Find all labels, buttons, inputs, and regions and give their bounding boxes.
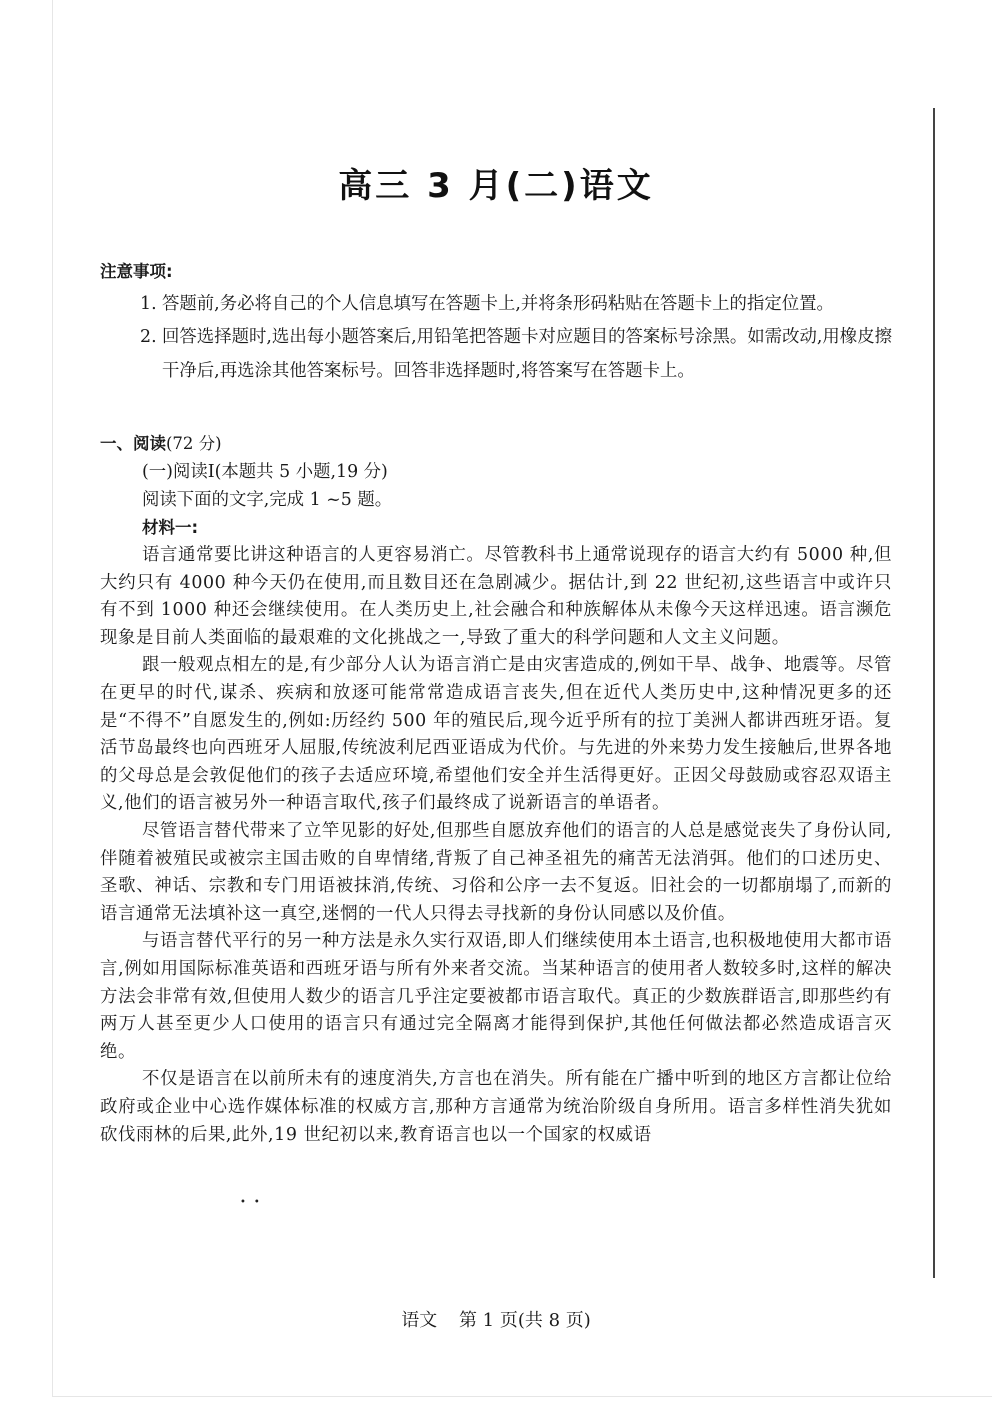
- paragraph: 跟一般观点相左的是,有少部分人认为语言消亡是由灾害造成的,例如干旱、战争、地震等…: [100, 652, 892, 818]
- section-score: (72 分): [166, 434, 222, 453]
- paragraph: 与语言替代平行的另一种方法是永久实行双语,即人们继续使用本土语言,也积极地使用大…: [100, 928, 892, 1066]
- paragraph: 不仅是语言在以前所未有的速度消失,方言也在消失。所有能在广播中听到的地区方言都让…: [100, 1066, 892, 1149]
- notice-item-number: 2.: [140, 321, 162, 388]
- document-body: 注意事项: 1. 答题前,务必将自己的个人信息填写在答题卡上,并将条形码粘贴在答…: [100, 258, 892, 1149]
- page-footer: 语文 第 1 页(共 8 页): [0, 1306, 992, 1332]
- notice-item: 2. 回答选择题时,选出每小题答案后,用铅笔把答题卡对应题目的答案标号涂黑。如需…: [100, 321, 892, 388]
- notice-item-text: 答题前,务必将自己的个人信息填写在答题卡上,并将条形码粘贴在答题卡上的指定位置。: [162, 288, 892, 322]
- material-label: 材料一:: [100, 514, 892, 542]
- paragraph: 尽管语言替代带来了立竿见影的好处,但那些自愿放弃他们的语言的人总是感觉丧失了身份…: [100, 818, 892, 928]
- notice-heading: 注意事项:: [100, 258, 892, 286]
- exam-title: 高三 3 月(二)语文: [0, 158, 992, 207]
- subsection-heading: (一)阅读Ⅰ(本题共 5 小题,19 分): [100, 458, 892, 486]
- notice-item: 1. 答题前,务必将自己的个人信息填写在答题卡上,并将条形码粘贴在答题卡上的指定…: [100, 288, 892, 322]
- notice-item-text: 回答选择题时,选出每小题答案后,用铅笔把答题卡对应题目的答案标号涂黑。如需改动,…: [162, 321, 892, 388]
- footer-subject: 语文: [401, 1310, 437, 1331]
- footer-page-info: 第 1 页(共 8 页): [459, 1310, 591, 1331]
- section-heading: 一、阅读(72 分): [100, 430, 892, 458]
- section-title: 一、阅读: [100, 434, 166, 453]
- notice-item-number: 1.: [140, 288, 162, 322]
- emphasis-marks: ••: [240, 1197, 268, 1208]
- binding-margin-rule: [933, 108, 935, 1278]
- paragraph: 语言通常要比讲这种语言的人更容易消亡。尽管教科书上通常说现存的语言大约有 500…: [100, 542, 892, 652]
- notice-list: 1. 答题前,务必将自己的个人信息填写在答题卡上,并将条形码粘贴在答题卡上的指定…: [100, 288, 892, 389]
- reading-instruction: 阅读下面的文字,完成 1 ~5 题。: [100, 486, 892, 514]
